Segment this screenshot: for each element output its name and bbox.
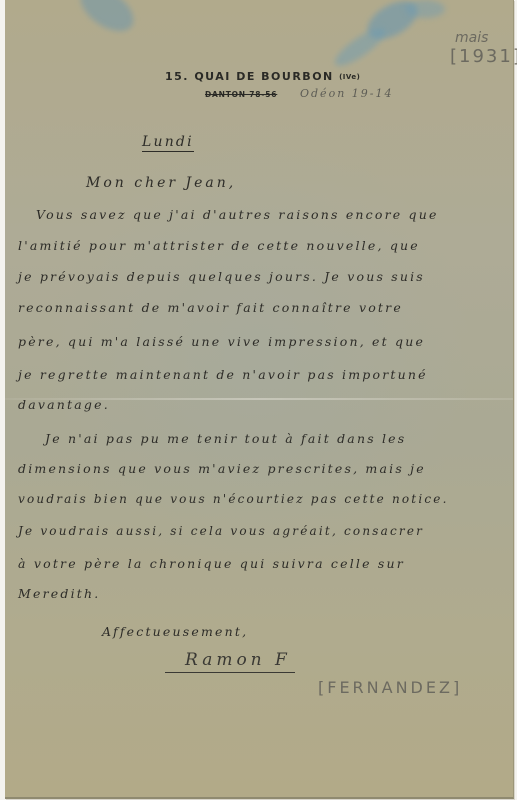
body-line: à votre père la chronique qui suivra cel… <box>18 556 405 571</box>
body-line: père, qui m'a laissé une vive impression… <box>18 334 425 349</box>
body-line: davantage. <box>18 397 110 412</box>
letterhead-phone-struck: DANTON 78-56 <box>205 90 277 99</box>
body-line: Vous savez que j'ai d'autres raisons enc… <box>36 207 439 222</box>
closing: Affectueusement, <box>102 624 248 639</box>
ink-stain <box>405 0 445 18</box>
body-line: dimensions que vous m'aviez prescrites, … <box>18 461 426 476</box>
body-line: je prévoyais depuis quelques jours. Je v… <box>18 269 425 284</box>
letterhead-street: 15. QUAI DE BOURBON <box>165 70 334 83</box>
body-line: Je n'ai pas pu me tenir tout à fait dans… <box>45 431 406 446</box>
body-line: reconnaissant de m'avoir fait connaître … <box>18 300 403 315</box>
body-line: je regrette maintenant de n'avoir pas im… <box>18 367 428 382</box>
salutation: Mon cher Jean, <box>86 175 236 191</box>
letterhead-address: 15. QUAI DE BOURBON (IVe) <box>165 70 360 83</box>
letterhead-arrondissement: (IVe) <box>339 73 360 81</box>
handwritten-phone: Odéon 19-14 <box>300 87 393 100</box>
archive-note: mais <box>455 30 488 46</box>
ink-stain <box>73 0 142 40</box>
archive-year: [1931] <box>450 46 517 67</box>
signature: Ramon F <box>165 650 295 673</box>
body-line: l'amitié pour m'attrister de cette nouve… <box>18 238 420 253</box>
body-line: Meredith. <box>18 586 100 601</box>
ink-stain <box>330 22 389 71</box>
body-line: Je voudrais aussi, si cela vous agréait,… <box>18 524 424 538</box>
letter-date: Lundi <box>142 134 194 152</box>
body-line: voudrais bien que vous n'écourtiez pas c… <box>18 492 449 506</box>
editor-annotation: [FERNANDEZ] <box>318 678 462 697</box>
